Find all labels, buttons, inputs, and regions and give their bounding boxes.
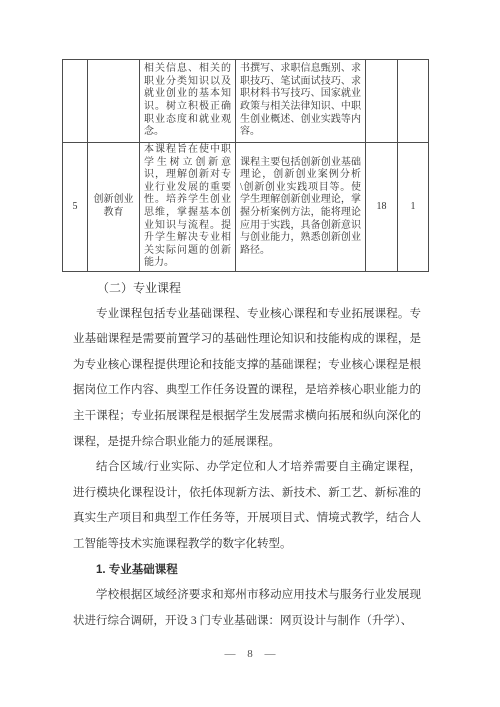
paragraph-basic-courses: 学校根据区域经济要求和郑州市移动应用技术与服务行业发展现状进行综合调研，开设 3… (73, 583, 421, 634)
paragraph-course-types: 专业课程包括专业基础课程、专业核心课程和专业拓展课程。专业基础课程是需要前置学习… (73, 302, 421, 456)
table-row-continued: 相关信息、相关的职业分类知识以及就业创业的基本知识。树立积极正确职业态度和就业观… (63, 60, 429, 143)
cell-credits (398, 60, 429, 143)
page-number: — 8 — (225, 648, 276, 660)
cell-hours (366, 60, 398, 143)
cell-course-content: 课程主要包括创新创业基础理论，创新创业案例分析\创新创业实践项目等。使学生理解创… (236, 143, 366, 272)
cell-course-objective: 相关信息、相关的职业分类知识以及就业创业的基本知识。树立积极正确职业态度和就业观… (140, 60, 236, 143)
cell-hours: 18 (366, 143, 398, 272)
cell-credits: 1 (398, 143, 429, 272)
cell-course-name: 创新创业教育 (88, 143, 140, 272)
document-page: 相关信息、相关的职业分类知识以及就业创业的基本知识。树立积极正确职业态度和就业观… (0, 0, 500, 707)
paragraph-course-design: 结合区域/行业实际、办学定位和人才培养需要自主确定课程，进行模块化课程设计，依托… (73, 455, 421, 557)
cell-course-content: 书撰写、求职信息甄别、求职技巧、笔试面试技巧、求职材料书写技巧、国家就业政策与相… (236, 60, 366, 143)
table-row-innovation: 5 创新创业教育 本课程旨在使中职学生树立创新意识，理解创新对专业行业发展的重要… (63, 143, 429, 272)
course-table: 相关信息、相关的职业分类知识以及就业创业的基本知识。树立积极正确职业态度和就业观… (62, 59, 429, 272)
cell-course-name (88, 60, 140, 143)
section-heading-basic-courses: 1. 专业基础课程 (73, 558, 421, 584)
cell-course-objective: 本课程旨在使中职学生树立创新意识，理解创新对专业行业发展的重要性。培养学生创业思… (140, 143, 236, 272)
document-body: （二）专业课程 专业课程包括专业基础课程、专业核心课程和专业拓展课程。专业基础课… (73, 276, 421, 634)
section-heading-professional-courses: （二）专业课程 (73, 276, 421, 302)
cell-seq: 5 (63, 143, 88, 272)
cell-seq (63, 60, 88, 143)
page-footer: — 8 — (0, 648, 500, 660)
